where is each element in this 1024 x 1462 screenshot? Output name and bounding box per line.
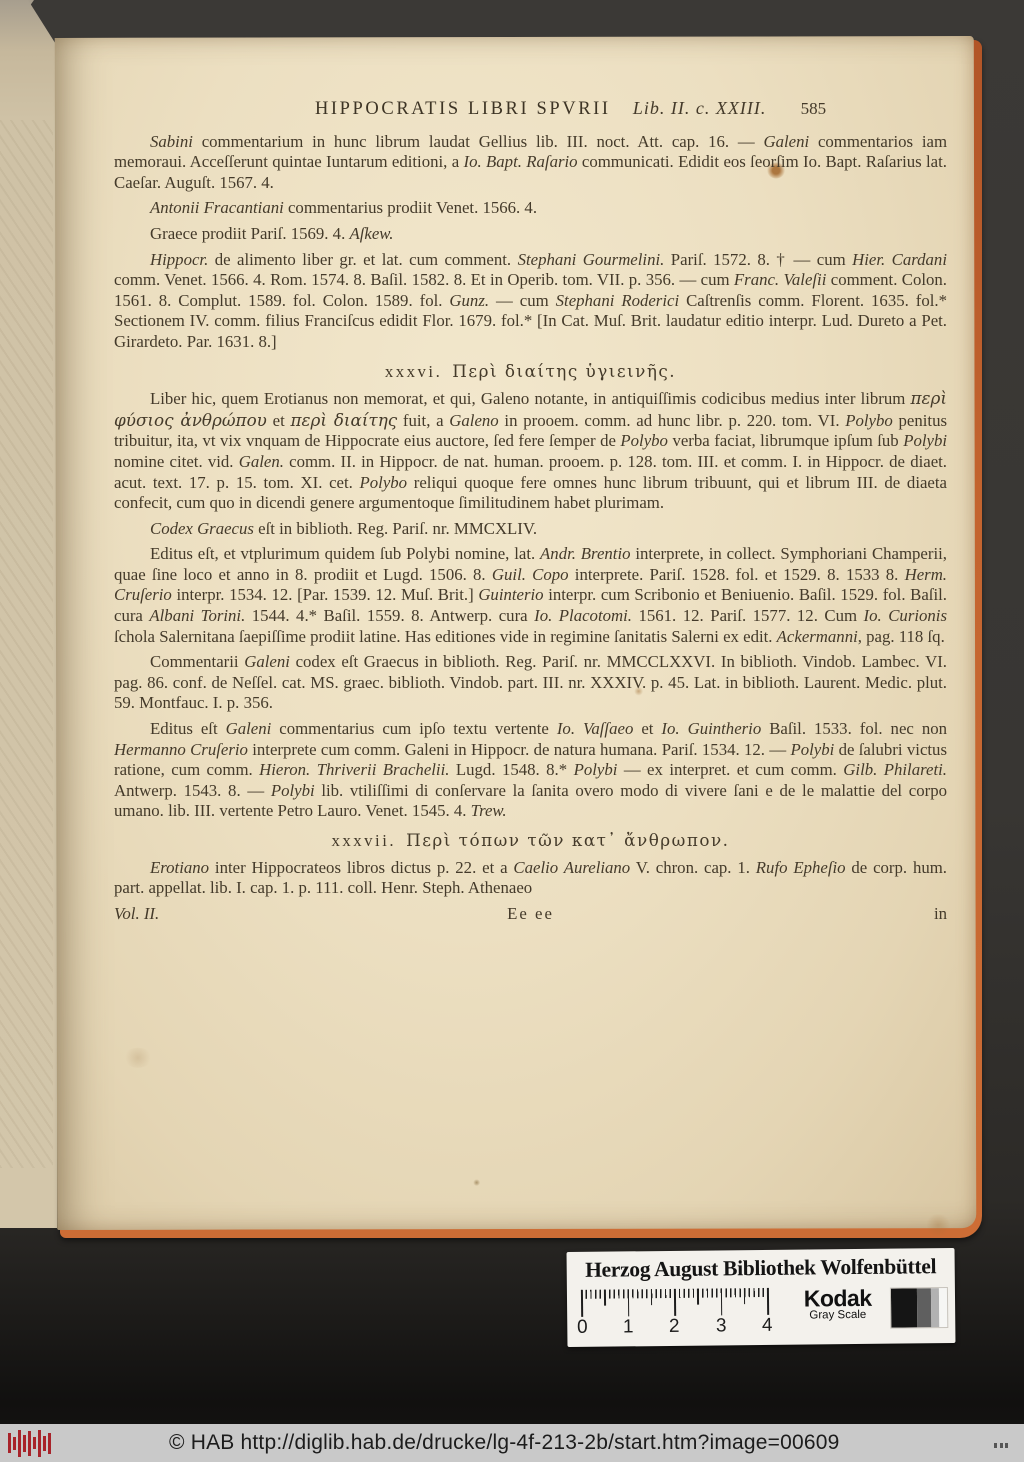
ruler-number: 1 xyxy=(620,1316,636,1338)
page-text: Sabini commentarium in hunc librum lauda… xyxy=(114,132,947,899)
page-number: 585 xyxy=(801,99,827,118)
running-title: HIPPOCRATIS LIBRI SPVRII xyxy=(315,99,611,119)
library-label: Herzog August Bibliothek Wolfenbüttel 0 … xyxy=(567,1248,956,1347)
chapter-reference: Lib. II. c. XXIII. xyxy=(633,98,766,118)
foxing-stain xyxy=(473,1179,480,1186)
paragraph: Commentarii Galeni codex eſt Graecus in … xyxy=(114,652,947,714)
cm-ruler: 0 1 2 3 4 xyxy=(581,1288,787,1340)
section-heading: xxxvii.Περὶ τόπων τῶν κατ᾽ ἄνθρωπον. xyxy=(114,830,947,852)
kodak-brand: Kodak xyxy=(790,1287,885,1310)
ruler-number: 3 xyxy=(713,1315,729,1337)
kodak-gray-scale-mark: Kodak Gray Scale xyxy=(790,1287,885,1322)
viewer-footer-bar: © HAB http://diglib.hab.de/drucke/lg-4f-… xyxy=(0,1424,1024,1462)
ruler-number: 4 xyxy=(759,1315,775,1337)
paragraph: Graece prodiit Pariſ. 1569. 4. Aſkew. xyxy=(114,224,947,245)
book-scan-photo: ❦ HIPPOCRATIS LIBRI SPVRII Lib. II. c. X… xyxy=(0,0,1024,1462)
paragraph: Hippocr. de alimento liber gr. et lat. c… xyxy=(114,250,947,353)
ruler-number: 2 xyxy=(666,1316,682,1338)
section-heading: xxxvi.Περὶ διαίτης ὑγιεινῆς. xyxy=(114,361,947,383)
signature-line: Vol. II. Ee ee in xyxy=(114,904,947,925)
paragraph: Codex Graecus eſt in biblioth. Reg. Pari… xyxy=(114,519,947,540)
running-header: ❦ HIPPOCRATIS LIBRI SPVRII Lib. II. c. X… xyxy=(154,98,947,120)
gathering-signature: Ee ee xyxy=(392,904,670,925)
tiny-imprint-marks xyxy=(994,1443,1008,1448)
library-name: Herzog August Bibliothek Wolfenbüttel xyxy=(575,1254,947,1283)
paragraph: Antonii Fracantiani commentarius prodiit… xyxy=(114,198,947,219)
gray-scale-patches xyxy=(891,1288,947,1328)
hab-logo-icon xyxy=(8,1428,51,1458)
page-text-block: ❦ HIPPOCRATIS LIBRI SPVRII Lib. II. c. X… xyxy=(114,98,947,1103)
adjacent-page-edge xyxy=(0,0,59,1228)
paragraph: Editus eſt, et vtplurimum quidem ſub Pol… xyxy=(114,544,947,647)
paragraph: Sabini commentarium in hunc librum lauda… xyxy=(114,132,947,194)
ruler-number: 0 xyxy=(574,1317,590,1339)
paragraph: Liber hic, quem Erotianus non memorat, e… xyxy=(114,388,947,514)
volume-mark: Vol. II. xyxy=(114,904,392,925)
copyright-url: © HAB http://diglib.hab.de/drucke/lg-4f-… xyxy=(169,1431,840,1455)
paragraph: Editus eſt Galeni commentarius cum ipſo … xyxy=(114,719,947,822)
paragraph: Erotiano inter Hippocrateos libros dictu… xyxy=(114,858,947,899)
catchword: in xyxy=(669,904,947,925)
